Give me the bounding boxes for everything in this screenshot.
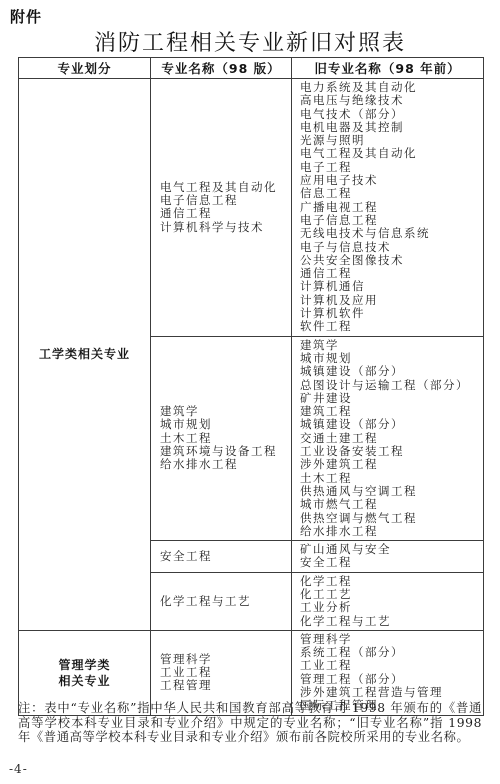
footnote: 注：表中“专业名称”指中华人民共和国教育部高等教育司 1998 年颁布的《普通高… bbox=[18, 701, 482, 745]
division-cell-engineering: 工学类相关专业 bbox=[19, 79, 151, 631]
table-header-row: 专业划分 专业名称（98 版） 旧专业名称（98 年前） bbox=[19, 58, 484, 79]
page-title: 消防工程相关专业新旧对照表 bbox=[0, 26, 500, 57]
new-majors-cell: 化学工程与工艺 bbox=[151, 572, 292, 630]
header-division: 专业划分 bbox=[19, 58, 151, 79]
old-majors-cell: 建筑学 城市规划 城镇建设（部分） 总图设计与运输工程（部分） 矿井建设 建筑工… bbox=[292, 336, 484, 540]
new-majors-cell: 建筑学 城市规划 土木工程 建筑环境与设备工程 给水排水工程 bbox=[151, 336, 292, 540]
header-new-name: 专业名称（98 版） bbox=[151, 58, 292, 79]
old-majors-cell: 矿山通风与安全 安全工程 bbox=[292, 541, 484, 573]
new-majors-cell: 安全工程 bbox=[151, 541, 292, 573]
table-row-electrical: 工学类相关专业 电气工程及其自动化 电子信息工程 通信工程 计算机科学与技术 电… bbox=[19, 79, 484, 337]
document-page: 附件 消防工程相关专业新旧对照表 专业划分 专业名称（98 版） 旧专业名称（9… bbox=[0, 0, 500, 784]
old-majors-cell: 电力系统及其自动化 高电压与绝缘技术 电气技术（部分） 电机电器及其控制 光源与… bbox=[292, 79, 484, 337]
comparison-table: 专业划分 专业名称（98 版） 旧专业名称（98 年前） 工学类相关专业 电气工… bbox=[18, 57, 484, 716]
old-majors-cell: 化学工程 化工工艺 工业分析 化学工程与工艺 bbox=[292, 572, 484, 630]
new-majors-cell: 电气工程及其自动化 电子信息工程 通信工程 计算机科学与技术 bbox=[151, 79, 292, 337]
page-number: -4- bbox=[9, 762, 28, 776]
attachment-label: 附件 bbox=[10, 6, 42, 27]
header-old-name: 旧专业名称（98 年前） bbox=[292, 58, 484, 79]
